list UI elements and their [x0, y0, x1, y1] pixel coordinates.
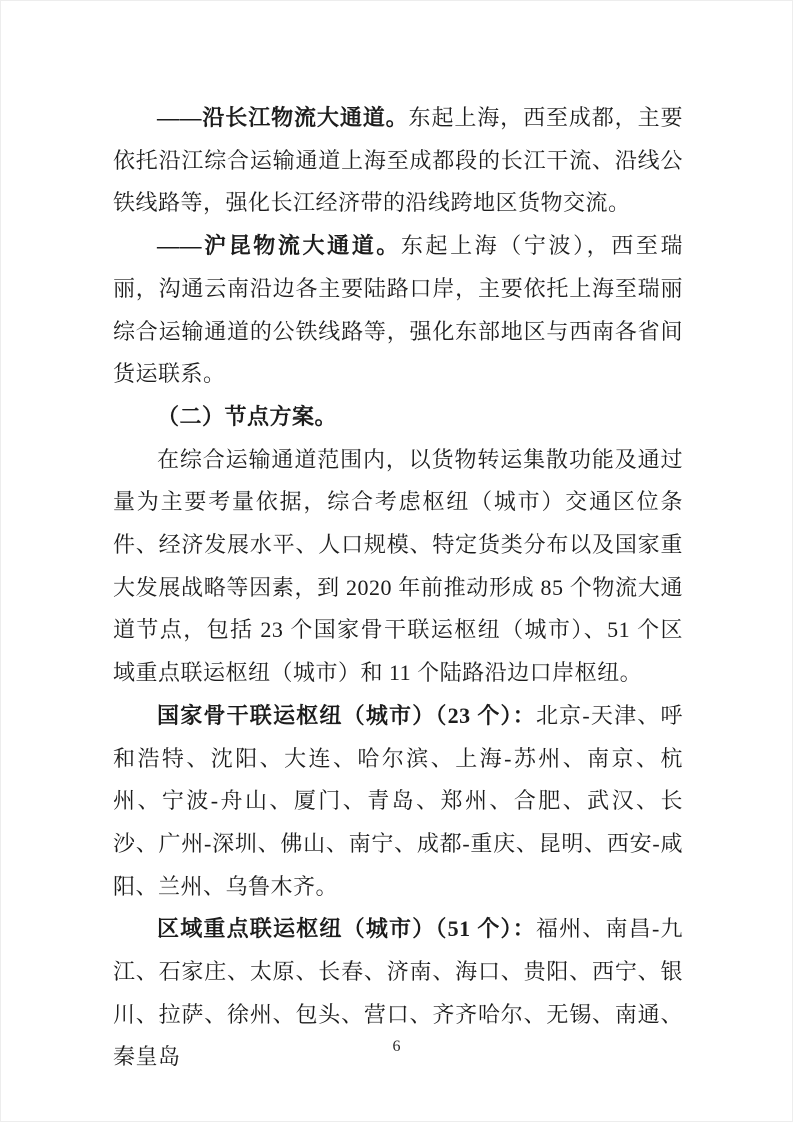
paragraph-yangtze-corridor: ——沿长江物流大通道。东起上海，西至成都，主要依托沿江综合运输通道上海至成都段的…	[113, 97, 683, 225]
page-number: 6	[393, 1038, 401, 1055]
paragraph-text: 在综合运输通道范围内，以货物转运集散功能及通过量为主要考量依据，综合考虑枢纽（城…	[113, 447, 683, 686]
section-heading-node-plan: （二）节点方案。	[113, 396, 683, 439]
paragraph-lead-bold: ——沪昆物流大通道。	[157, 233, 401, 258]
paragraph-lead-bold: ——沿长江物流大通道。	[157, 105, 409, 130]
paragraph-lead-bold: 国家骨干联运枢纽（城市）（23 个）：	[157, 703, 536, 728]
paragraph-node-overview: 在综合运输通道范围内，以货物转运集散功能及通过量为主要考量依据，综合考虑枢纽（城…	[113, 439, 683, 695]
document-page: ——沿长江物流大通道。东起上海，西至成都，主要依托沿江综合运输通道上海至成都段的…	[0, 0, 793, 1122]
page-footer: 6	[1, 1037, 792, 1057]
paragraph-text: 北京-天津、呼和浩特、沈阳、大连、哈尔滨、上海-苏州、南京、杭州、宁波-舟山、厦…	[113, 703, 683, 899]
paragraph-lead-bold: 区域重点联运枢纽（城市）（51 个）：	[157, 916, 536, 941]
document-body: ——沿长江物流大通道。东起上海，西至成都，主要依托沿江综合运输通道上海至成都段的…	[113, 97, 683, 1079]
paragraph-hukun-corridor: ——沪昆物流大通道。东起上海（宁波），西至瑞丽，沟通云南沿边各主要陆路口岸，主要…	[113, 225, 683, 396]
paragraph-national-hubs: 国家骨干联运枢纽（城市）（23 个）：北京-天津、呼和浩特、沈阳、大连、哈尔滨、…	[113, 695, 683, 909]
section-heading-bold: （二）节点方案。	[157, 404, 337, 429]
